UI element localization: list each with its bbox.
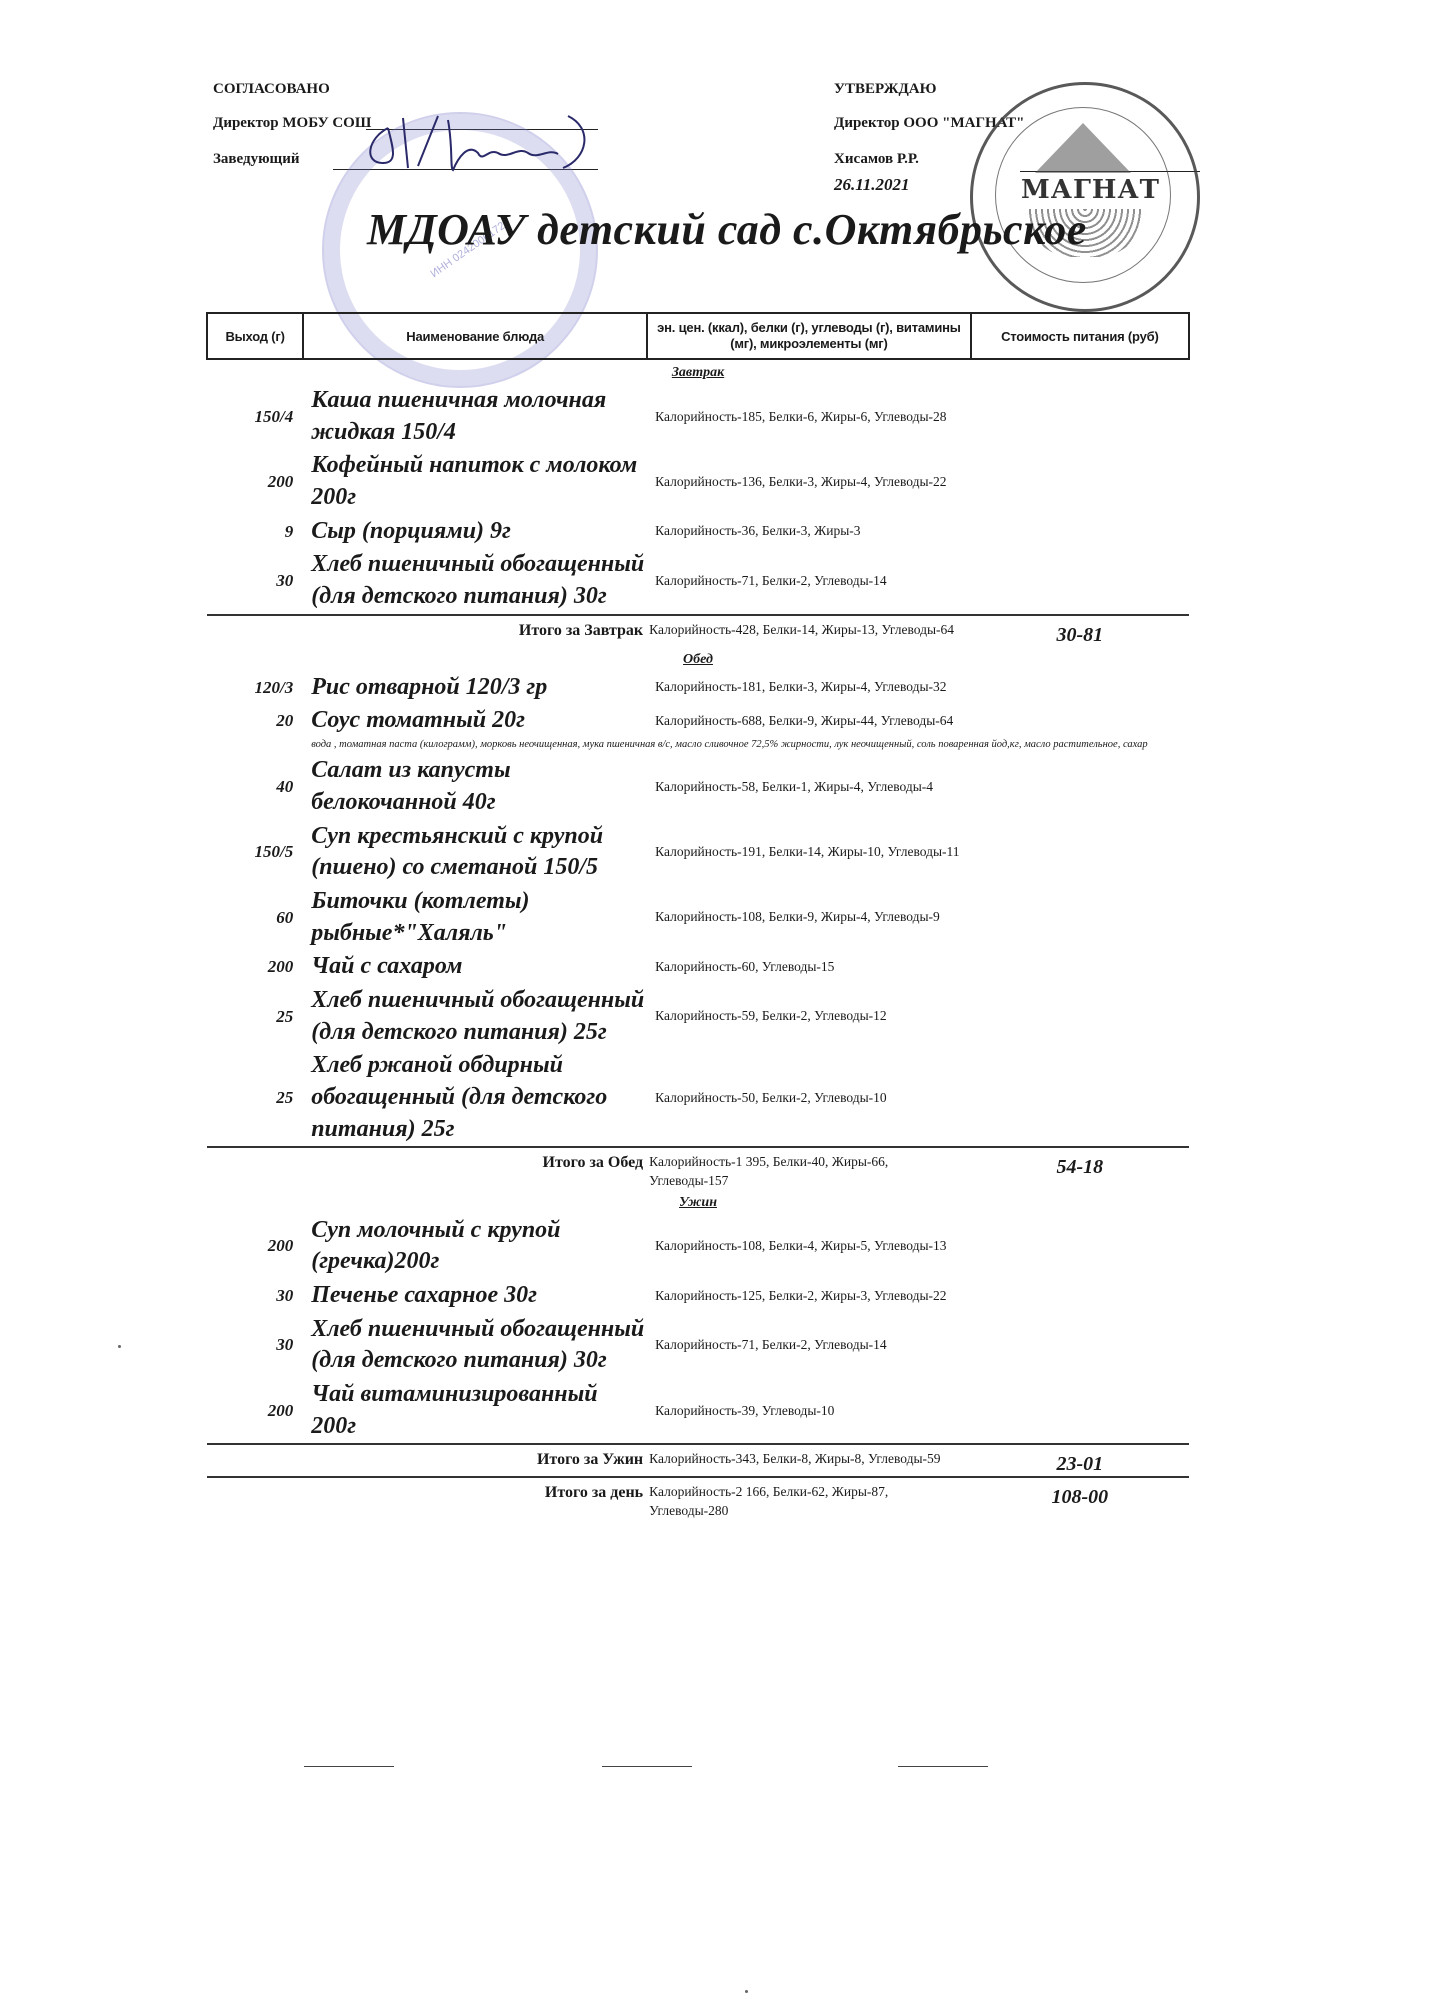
table-row: 25Хлеб ржаной обдирный обогащенный (для …: [207, 1049, 1189, 1147]
dish-nutrition: Калорийность-59, Белки-2, Углеводы-12: [647, 984, 971, 1049]
dish-name: Биточки (котлеты) рыбные*"Халяль": [303, 885, 647, 950]
dish-name: Печенье сахарное 30г: [303, 1279, 647, 1313]
day-total-label: Итого за день: [207, 1477, 647, 1519]
approved-director: Директор ООО "МАГНАТ": [834, 116, 1025, 131]
dish-output: 60: [207, 885, 303, 950]
dish-nutrition: Калорийность-125, Белки-2, Жиры-3, Углев…: [647, 1279, 971, 1313]
section-heading-row: Завтрак: [207, 359, 1189, 384]
table-row: 200Кофейный напиток с молоком 200гКалори…: [207, 449, 1189, 514]
column-header-output: Выход (г): [207, 313, 303, 359]
approved-name: Хисамов Р.Р.: [834, 152, 919, 167]
dish-cost: [971, 1049, 1189, 1147]
dish-nutrition: Калорийность-191, Белки-14, Жиры-10, Угл…: [647, 820, 971, 885]
dish-cost: [971, 548, 1189, 614]
table-row: 30Хлеб пшеничный обогащенный (для детско…: [207, 548, 1189, 614]
table-row: 200Суп молочный с крупой (гречка)200гКал…: [207, 1214, 1189, 1279]
dish-name: Сыр (порциями) 9г: [303, 515, 647, 549]
approved-heading: УТВЕРЖДАЮ: [834, 82, 937, 97]
dish-nutrition: Калорийность-108, Белки-9, Жиры-4, Углев…: [647, 885, 971, 950]
dish-output: 25: [207, 984, 303, 1049]
section-title: Завтрак: [207, 359, 1189, 384]
total-cost: 54-18: [971, 1147, 1189, 1189]
dish-name: Каша пшеничная молочная жидкая 150/4: [303, 384, 647, 449]
section-title: Обед: [207, 647, 1189, 671]
ingredients-row: вода , томатная паста (килограмм), морко…: [207, 738, 1189, 754]
day-total-row: Итого за деньКалорийность-2 166, Белки-6…: [207, 1477, 1189, 1519]
stamp-inner-ring: [995, 107, 1171, 283]
dish-nutrition: Калорийность-60, Углеводы-15: [647, 950, 971, 984]
signature-blank: [898, 1766, 988, 1767]
dish-cost: [971, 984, 1189, 1049]
table-row: 20Соус томатный 20гКалорийность-688, Бел…: [207, 704, 1189, 738]
dish-output: 20: [207, 704, 303, 738]
total-label: Итого за Завтрак: [207, 615, 647, 647]
dish-name: Хлеб пшеничный обогащенный (для детского…: [303, 984, 647, 1049]
dish-ingredients: вода , томатная паста (килограмм), морко…: [303, 738, 1189, 754]
total-nutrition: Калорийность-428, Белки-14, Жиры-13, Угл…: [647, 615, 971, 647]
dish-cost: [971, 671, 1189, 705]
total-label: Итого за Ужин: [207, 1444, 647, 1477]
dish-cost: [971, 1279, 1189, 1313]
dish-cost: [971, 1313, 1189, 1378]
stamp-brand: МАГНАТ: [1021, 175, 1160, 205]
table-row: 30Хлеб пшеничный обогащенный (для детско…: [207, 1313, 1189, 1378]
menu-table: Выход (г) Наименование блюда эн. цен. (к…: [206, 312, 1190, 1520]
day-total-cost: 108-00: [971, 1477, 1189, 1519]
dish-name: Чай с сахаром: [303, 950, 647, 984]
dish-output: 30: [207, 1313, 303, 1378]
dish-cost: [971, 449, 1189, 514]
table-row: 60Биточки (котлеты) рыбные*"Халяль"Калор…: [207, 885, 1189, 950]
dish-nutrition: Калорийность-71, Белки-2, Углеводы-14: [647, 1313, 971, 1378]
dish-cost: [971, 1214, 1189, 1279]
column-header-cost: Стоимость питания (руб): [971, 313, 1189, 359]
dish-name: Чай витаминизированный 200г: [303, 1378, 647, 1444]
total-nutrition: Калорийность-343, Белки-8, Жиры-8, Углев…: [647, 1444, 971, 1477]
section-heading-row: Ужин: [207, 1190, 1189, 1214]
dish-output: 25: [207, 1049, 303, 1147]
dish-nutrition: Калорийность-185, Белки-6, Жиры-6, Углев…: [647, 384, 971, 449]
dish-output: 150/4: [207, 384, 303, 449]
dish-cost: [971, 1378, 1189, 1444]
table-row: 150/4Каша пшеничная молочная жидкая 150/…: [207, 384, 1189, 449]
dish-nutrition: Калорийность-50, Белки-2, Углеводы-10: [647, 1049, 971, 1147]
approval-date: 26.11.2021: [834, 176, 910, 193]
table-row: 200Чай витаминизированный 200гКалорийнос…: [207, 1378, 1189, 1444]
dish-cost: [971, 384, 1189, 449]
dish-name: Хлеб ржаной обдирный обогащенный (для де…: [303, 1049, 647, 1147]
dish-output: 200: [207, 1378, 303, 1444]
section-title: Ужин: [207, 1190, 1189, 1214]
dish-nutrition: Калорийность-36, Белки-3, Жиры-3: [647, 515, 971, 549]
scan-artifact: [745, 1990, 748, 1993]
table-row: 30Печенье сахарное 30гКалорийность-125, …: [207, 1279, 1189, 1313]
dish-cost: [971, 704, 1189, 738]
signature-blank: [602, 1766, 692, 1767]
handwritten-signature: [358, 108, 606, 178]
agreed-head: Заведующий: [213, 152, 299, 167]
section-total-row: Итого за ОбедКалорийность-1 395, Белки-4…: [207, 1147, 1189, 1189]
table-row: 120/3Рис отварной 120/3 грКалорийность-1…: [207, 671, 1189, 705]
agreed-director: Директор МОБУ СОШ: [213, 116, 371, 131]
dish-nutrition: Калорийность-181, Белки-3, Жиры-4, Углев…: [647, 671, 971, 705]
total-cost: 23-01: [971, 1444, 1189, 1477]
total-nutrition: Калорийность-1 395, Белки-40, Жиры-66, У…: [647, 1147, 971, 1189]
dish-output: 120/3: [207, 671, 303, 705]
section-total-row: Итого за УжинКалорийность-343, Белки-8, …: [207, 1444, 1189, 1477]
day-total-nutrition: Калорийность-2 166, Белки-62, Жиры-87, У…: [647, 1477, 971, 1519]
dish-name: Кофейный напиток с молоком 200г: [303, 449, 647, 514]
dish-output: 150/5: [207, 820, 303, 885]
signature-line: [1020, 171, 1200, 172]
table-row: 150/5Суп крестьянский с крупой (пшено) с…: [207, 820, 1189, 885]
mountain-icon: [1035, 123, 1131, 173]
dish-nutrition: Калорийность-71, Белки-2, Углеводы-14: [647, 548, 971, 614]
dish-name: Рис отварной 120/3 гр: [303, 671, 647, 705]
signature-blank: [304, 1766, 394, 1767]
section-heading-row: Обед: [207, 647, 1189, 671]
dish-output: 9: [207, 515, 303, 549]
menu-body: Завтрак150/4Каша пшеничная молочная жидк…: [207, 359, 1189, 1520]
dish-cost: [971, 885, 1189, 950]
section-total-row: Итого за ЗавтракКалорийность-428, Белки-…: [207, 615, 1189, 647]
table-header-row: Выход (г) Наименование блюда эн. цен. (к…: [207, 313, 1189, 359]
dish-nutrition: Калорийность-58, Белки-1, Жиры-4, Углево…: [647, 754, 971, 819]
agreed-heading: СОГЛАСОВАНО: [213, 82, 330, 97]
dish-output: 200: [207, 449, 303, 514]
dish-output: 40: [207, 754, 303, 819]
dish-name: Хлеб пшеничный обогащенный (для детского…: [303, 548, 647, 614]
dish-output: 30: [207, 548, 303, 614]
table-row: 25Хлеб пшеничный обогащенный (для детско…: [207, 984, 1189, 1049]
dish-cost: [971, 950, 1189, 984]
total-cost: 30-81: [971, 615, 1189, 647]
dish-output: 200: [207, 1214, 303, 1279]
dish-name: Суп молочный с крупой (гречка)200г: [303, 1214, 647, 1279]
dish-output: 200: [207, 950, 303, 984]
dish-name: Суп крестьянский с крупой (пшено) со сме…: [303, 820, 647, 885]
table-row: 40Салат из капусты белокочанной 40гКалор…: [207, 754, 1189, 819]
column-header-nutrition: эн. цен. (ккал), белки (г), углеводы (г)…: [647, 313, 971, 359]
dish-name: Соус томатный 20г: [303, 704, 647, 738]
dish-output: 30: [207, 1279, 303, 1313]
dish-cost: [971, 820, 1189, 885]
dish-cost: [971, 515, 1189, 549]
blank-cell: [207, 738, 303, 754]
dish-nutrition: Калорийность-39, Углеводы-10: [647, 1378, 971, 1444]
page-title: МДОАУ детский сад с.Октябрьское: [367, 204, 1087, 255]
dish-nutrition: Калорийность-136, Белки-3, Жиры-4, Углев…: [647, 449, 971, 514]
table-row: 9Сыр (порциями) 9гКалорийность-36, Белки…: [207, 515, 1189, 549]
column-header-dish: Наименование блюда: [303, 313, 647, 359]
total-label: Итого за Обед: [207, 1147, 647, 1189]
dish-name: Хлеб пшеничный обогащенный (для детского…: [303, 1313, 647, 1378]
dish-nutrition: Калорийность-108, Белки-4, Жиры-5, Углев…: [647, 1214, 971, 1279]
table-row: 200Чай с сахаромКалорийность-60, Углевод…: [207, 950, 1189, 984]
dish-nutrition: Калорийность-688, Белки-9, Жиры-44, Угле…: [647, 704, 971, 738]
dish-name: Салат из капусты белокочанной 40г: [303, 754, 647, 819]
dish-cost: [971, 754, 1189, 819]
scan-artifact: [118, 1345, 121, 1348]
